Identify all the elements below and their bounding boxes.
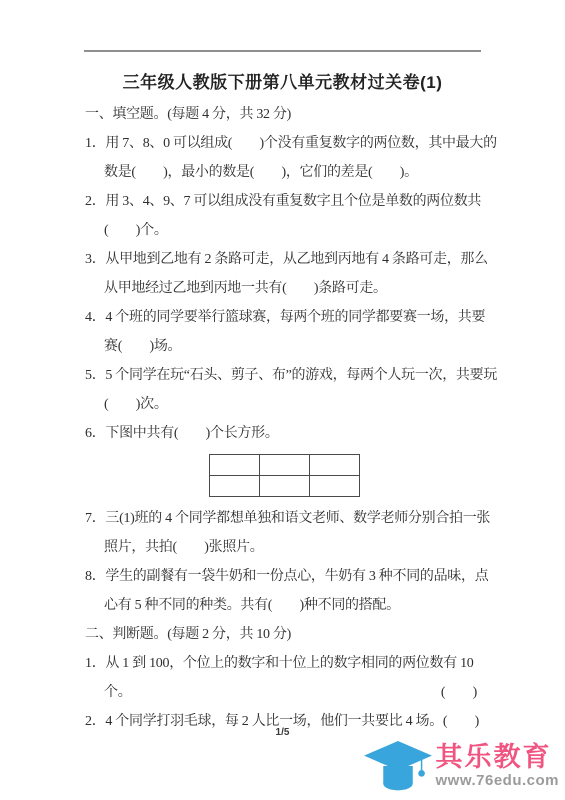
graduation-cap-icon — [360, 738, 436, 794]
question-line: 8．学生的副餐有一袋牛奶和一份点心，牛奶有 3 种不同的品味，点 — [85, 562, 483, 591]
question-line: 赛( )场。 — [85, 332, 483, 361]
grid-cell — [259, 476, 309, 497]
grid-cell — [259, 455, 309, 476]
paper-body: 一、填空题。(每题 4 分，共 32 分) 1．用 7、8、0 可以组成( )个… — [85, 100, 483, 736]
question-line: ( )个。 — [85, 216, 483, 245]
rectangle-grid — [209, 454, 360, 497]
brand-text-block: 其乐教育 www.76edu.com — [436, 743, 559, 789]
question-line: 4．4 个班的同学要举行篮球赛，每两个班的同学都要赛一场，共要 — [85, 303, 483, 332]
site-url: www.76edu.com — [436, 772, 559, 789]
grid-cell — [309, 476, 359, 497]
brand-name: 其乐教育 — [436, 743, 552, 772]
section-heading-judge: 二、判断题。(每题 2 分，共 10 分) — [85, 620, 483, 649]
question-line: 7．三(1)班的 4 个同学都想单独和语文老师、数学老师分别合拍一张 — [85, 504, 483, 533]
paper-title: 三年级人教版下册第八单元教材过关卷(1) — [0, 68, 565, 93]
grid-cell — [209, 455, 259, 476]
question-line: 从甲地经过乙地到丙地一共有( )条路可走。 — [85, 274, 483, 303]
grid-cell — [209, 476, 259, 497]
question-line: 3．从甲地到乙地有 2 条路可走，从乙地到丙地有 4 条路可走，那么 — [85, 245, 483, 274]
question-line: 心有 5 种不同的种类。共有( )种不同的搭配。 — [85, 591, 483, 620]
question-line: ( )次。 — [85, 390, 483, 419]
answer-mark: ( ) — [441, 678, 477, 707]
section-heading-fill-in: 一、填空题。(每题 4 分，共 32 分) — [85, 100, 483, 129]
grid-cell — [309, 455, 359, 476]
page-number: 1/5 — [0, 727, 565, 738]
header-rule — [84, 50, 481, 52]
test-paper-page: { "document": { "title": "三年级人教版下册第八单元教材… — [0, 0, 565, 800]
question-line: 照片，共拍( )张照片。 — [85, 533, 483, 562]
question-line: 数是( )，最小的数是( )，它们的差是( )。 — [85, 158, 483, 187]
rectangle-grid-figure — [85, 454, 483, 496]
question-line: 个。 ( ) — [85, 678, 483, 707]
question-line: 6．下图中共有( )个长方形。 — [85, 419, 483, 448]
question-line-text: 个。 — [104, 678, 131, 707]
site-logo: 其乐教育 www.76edu.com — [360, 738, 559, 794]
question-line: 5．5 个同学在玩“石头、剪子、布”的游戏，每两个人玩一次，共要玩 — [85, 361, 483, 390]
question-line: 1．从 1 到 100，个位上的数字和十位上的数字相同的两位数有 10 — [85, 649, 483, 678]
question-line: 2．用 3、4、9、7 可以组成没有重复数字且个位是单数的两位数共 — [85, 187, 483, 216]
question-line: 1．用 7、8、0 可以组成( )个没有重复数字的两位数，其中最大的 — [85, 129, 483, 158]
